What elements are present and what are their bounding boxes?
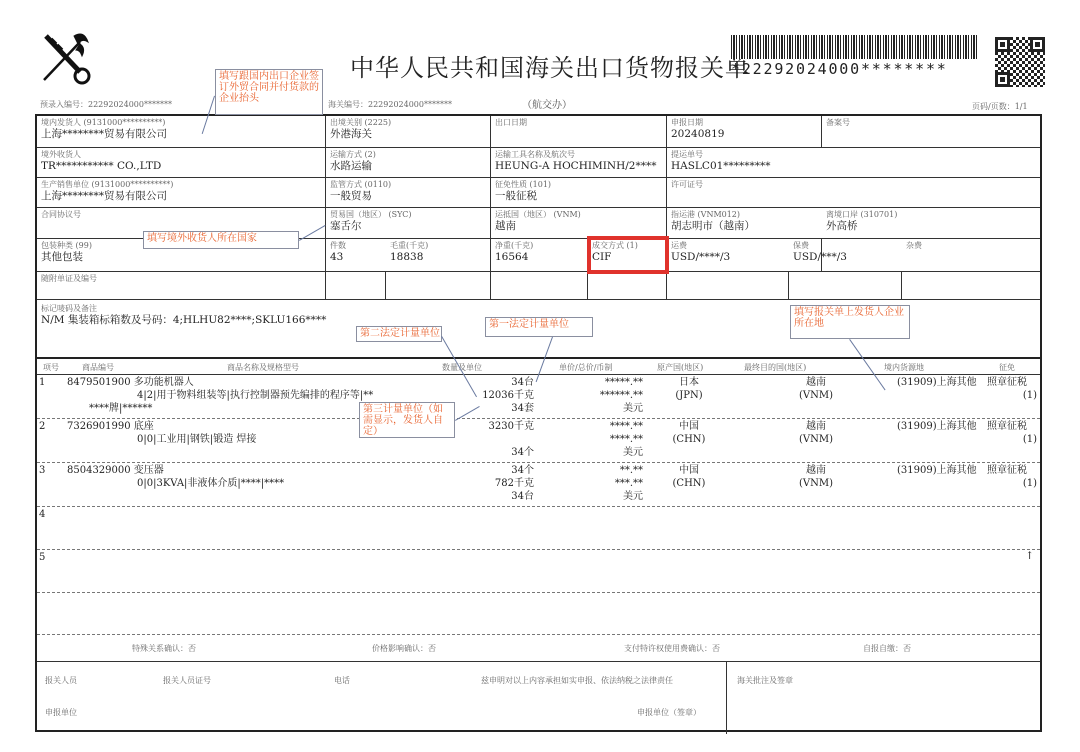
- row-item-no: 5: [39, 551, 45, 564]
- row-levy: 照章征税: [987, 376, 1027, 389]
- overseas-consignee-value: TR*********** CO.,LTD: [41, 160, 161, 173]
- export-port-label: 出境关别 (2225): [330, 118, 391, 128]
- row-dest: (VNM): [786, 433, 846, 446]
- customs-approval-label: 海关批注及签章: [737, 675, 793, 686]
- customs-emblem-icon: [40, 30, 92, 86]
- row-price: 美元: [557, 402, 643, 415]
- row-origin: 中国: [659, 464, 719, 477]
- transport-mode-label: 运输方式 (2): [330, 150, 376, 160]
- col-origin: 原产国(地区): [657, 362, 703, 373]
- dest-country-label: 运抵国（地区） (VNM): [495, 210, 581, 220]
- pre-entry-number: 预录入编号：22292024000*******: [40, 99, 172, 110]
- transport-mode-value: 水路运输: [330, 160, 376, 173]
- dest-port-value: 胡志明市（越南）: [671, 220, 755, 233]
- misc-fee-label: 杂费: [906, 241, 922, 251]
- attached-docs-label: 随附单证及编号: [41, 274, 97, 284]
- row-origin: 中国: [659, 420, 719, 433]
- pieces-value: 43: [330, 251, 346, 264]
- levy-nature-label: 征免性质 (101): [495, 180, 551, 190]
- col-levy: 征免: [999, 362, 1015, 373]
- producer-label: 生产销售单位 (9131000**********): [41, 180, 173, 190]
- row-code-name: 7326901990 底座: [67, 420, 154, 433]
- package-type-value: 其他包装: [41, 251, 92, 264]
- col-dest: 最终目的国(地区): [744, 362, 806, 373]
- row-spec: 0|0|3KVA|非液体介质|****|****: [137, 477, 284, 490]
- vessel-label: 运输工具名称及航次号: [495, 150, 656, 160]
- export-port-value: 外港海关: [330, 128, 391, 141]
- trade-country-label: 贸易国（地区） (SYC): [330, 210, 412, 220]
- row-spec: ****牌|******: [89, 402, 152, 415]
- annotation-first-unit: 第一法定计量单位: [485, 317, 593, 337]
- row-source: (31909)上海其他: [897, 420, 977, 433]
- col-name: 商品名称及规格型号: [227, 362, 299, 373]
- arrow-up-icon: ↑: [1025, 550, 1034, 563]
- row-levy-code: (1): [987, 389, 1037, 402]
- pieces-label: 件数: [330, 241, 346, 251]
- row-price: ******.**: [557, 389, 643, 402]
- declaration-form: 境内发货人 (9131000**********)上海********贸易有限公…: [35, 114, 1042, 732]
- col-code: 商品编号: [82, 362, 114, 373]
- net-weight-value: 16564: [495, 251, 533, 264]
- declare-date-label: 申报日期: [671, 118, 724, 128]
- barcode: [731, 35, 979, 59]
- row-dest: (VNM): [786, 477, 846, 490]
- license-no-label: 许可证号: [671, 180, 703, 190]
- exit-port-label: 离境口岸 (310701): [826, 210, 897, 220]
- row-item-no: 3: [39, 464, 45, 477]
- net-weight-label: 净重(千克): [495, 241, 533, 251]
- row-origin: (CHN): [659, 433, 719, 446]
- form-title: 中华人民共和国海关出口货物报关单: [350, 48, 750, 83]
- page-count: 页码/页数：1/1: [972, 101, 1028, 112]
- row-price: 美元: [557, 490, 643, 503]
- row-item-no: 1: [39, 376, 45, 389]
- declarant-label: 报关人员: [45, 675, 77, 686]
- row-qty: 782千克: [417, 477, 534, 490]
- row-dest: 越南: [786, 376, 846, 389]
- annotation-third-unit: 第三计量单位（如需显示，发货人自定）: [359, 402, 455, 438]
- vessel-value: HEUNG-A HOCHIMINH/2****: [495, 160, 656, 173]
- annotation-shipper: 填写跟国内出口企业签订外贸合同并付货款的企业抬头: [215, 69, 323, 115]
- row-origin: 日本: [659, 376, 719, 389]
- domestic-shipper-value: 上海********贸易有限公司: [41, 128, 167, 141]
- col-source: 境内货源地: [884, 362, 924, 373]
- bill-no-value: HASLC01*********: [671, 160, 771, 173]
- levy-nature-value: 一般征税: [495, 190, 551, 203]
- marks-value: N/M 集装箱标箱数及号码：4;HLHU82****;SKLU166****: [41, 314, 326, 327]
- row-qty: 34个: [417, 464, 534, 477]
- annotation-country: 填写境外收货人所在国家: [143, 231, 299, 249]
- freight-value: USD/****/3: [671, 251, 730, 264]
- insurance-value: USD/***/3: [793, 251, 847, 264]
- special-relation-confirm: 特殊关系确认：否: [132, 643, 196, 654]
- record-no-label: 备案号: [826, 118, 850, 128]
- row-dest: 越南: [786, 420, 846, 433]
- row-levy-code: (1): [987, 433, 1037, 446]
- row-source: (31909)上海其他: [897, 376, 977, 389]
- declare-unit-seal: 申报单位（签章）: [637, 707, 701, 718]
- row-price: **.**: [557, 464, 643, 477]
- statement-text: 兹申明对以上内容承担如实申报、依法纳税之法律责任: [481, 675, 673, 686]
- row-qty: 34台: [417, 376, 534, 389]
- customs-number: 海关编号：22292024000*******: [328, 99, 452, 110]
- row-spec: 4|2|用于物料组装等|执行控制器预先编排的程序等|**: [137, 389, 373, 402]
- row-origin: (JPN): [659, 389, 719, 402]
- row-price: ***.**: [557, 477, 643, 490]
- declare-unit-label: 申报单位: [45, 707, 77, 718]
- trade-country-value: 塞舌尔: [330, 220, 412, 233]
- annotation-source: 填写报关单上发货人企业所在地: [790, 305, 910, 339]
- row-dest: 越南: [786, 464, 846, 477]
- domestic-shipper-label: 境内发货人 (9131000**********): [41, 118, 167, 128]
- row-price: 美元: [557, 446, 643, 459]
- row-origin: (CHN): [659, 477, 719, 490]
- row-code-name: 8504329000 变压器: [67, 464, 164, 477]
- phone-label: 电话: [334, 675, 350, 686]
- col-price: 单价/总价/币制: [559, 362, 612, 373]
- qr-code-icon: [995, 37, 1045, 87]
- supervision-value: 一般贸易: [330, 190, 391, 203]
- row-spec: 0|0|工业用|钢铁|锻造 焊接: [137, 433, 256, 446]
- price-influence-confirm: 价格影响确认：否: [372, 643, 436, 654]
- row-dest: (VNM): [786, 389, 846, 402]
- annotation-second-unit: 第二法定计量单位: [356, 326, 442, 342]
- row-source: (31909)上海其他: [897, 464, 977, 477]
- insurance-label: 保费: [793, 241, 847, 251]
- row-price: *****.**: [557, 376, 643, 389]
- producer-value: 上海********贸易有限公司: [41, 190, 173, 203]
- office-label: （航交办）: [522, 96, 572, 111]
- royalty-confirm: 支付特许权使用费确认：否: [624, 643, 720, 654]
- row-qty: 34个: [417, 446, 534, 459]
- contract-no-label: 合同协议号: [41, 210, 81, 220]
- gross-weight-value: 18838: [390, 251, 428, 264]
- row-levy: 照章征税: [987, 464, 1027, 477]
- declare-date-value: 20240819: [671, 128, 724, 141]
- overseas-consignee-label: 境外收货人: [41, 150, 161, 160]
- row-price: ****.**: [557, 433, 643, 446]
- supervision-label: 监管方式 (0110): [330, 180, 391, 190]
- row-item-no: 2: [39, 420, 45, 433]
- declarant-id-label: 报关人员证号: [163, 675, 211, 686]
- row-levy-code: (1): [987, 477, 1037, 490]
- freight-label: 运费: [671, 241, 730, 251]
- barcode-number: *22292024000********: [731, 60, 948, 78]
- exit-port-value: 外高桥: [826, 220, 897, 233]
- row-qty: 34台: [417, 490, 534, 503]
- row-levy: 照章征税: [987, 420, 1027, 433]
- dest-port-label: 指运港 (VNM012): [671, 210, 755, 220]
- row-item-no: 4: [39, 508, 45, 521]
- export-date-label: 出口日期: [495, 118, 527, 128]
- row-price: ****.**: [557, 420, 643, 433]
- package-type-label: 包装种类 (99): [41, 241, 92, 251]
- row-code-name: 8479501900 多功能机器人: [67, 376, 194, 389]
- dest-country-value: 越南: [495, 220, 581, 233]
- marks-label: 标记唛码及备注: [41, 304, 326, 314]
- col-item-no: 项号: [43, 362, 59, 373]
- highlight-transaction-mode: [587, 236, 669, 274]
- gross-weight-label: 毛重(千克): [390, 241, 428, 251]
- self-report-confirm: 自报自缴：否: [863, 643, 911, 654]
- bill-no-label: 提运单号: [671, 150, 771, 160]
